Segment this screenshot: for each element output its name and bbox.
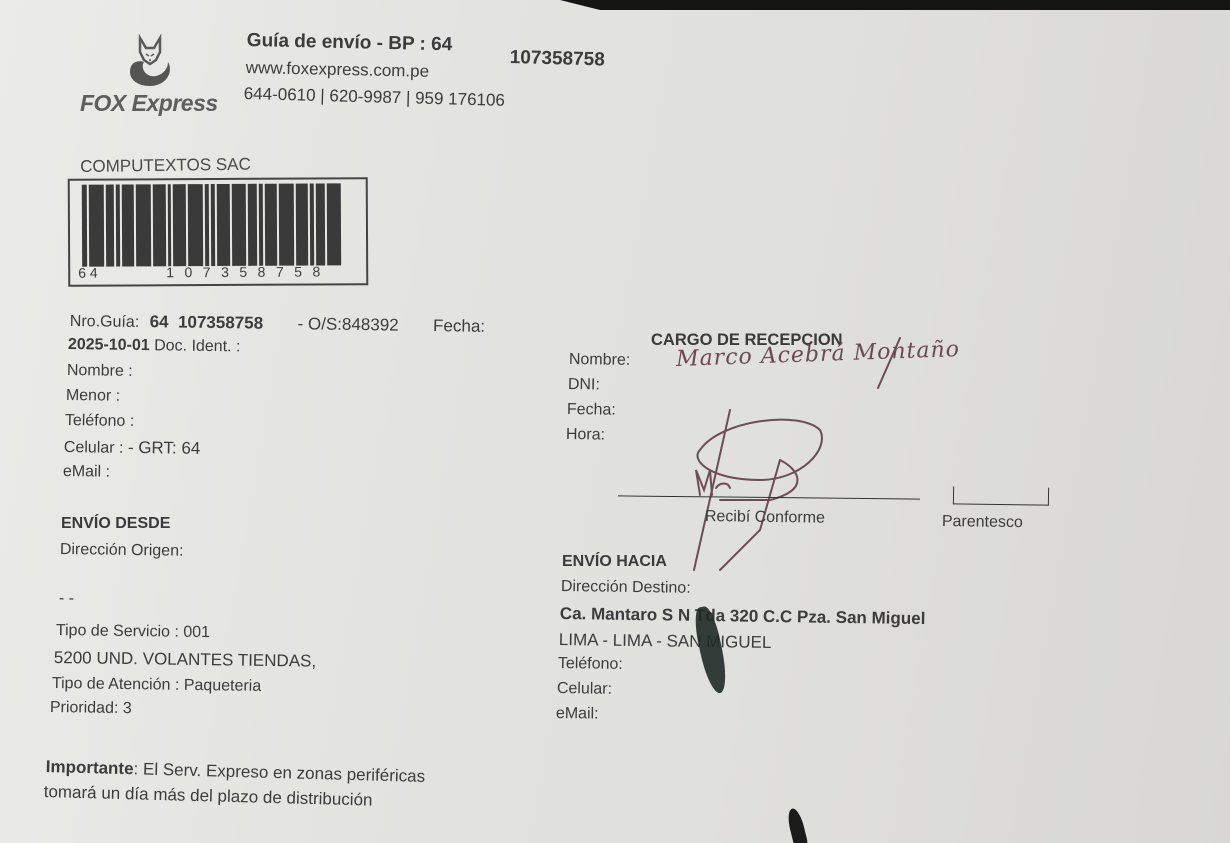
barcode-prefix: 6 4 [78,265,98,281]
importante-label: Importante [46,757,134,778]
barcode-bar [116,185,120,267]
tipo-atencion: Tipo de Atención : Paqueteria [52,675,262,696]
barcode: 6 4 107358758 [68,177,369,287]
barcode-bar [248,184,257,266]
descripcion-envio: 5200 UND. VOLANTES TIENDAS, [54,648,317,672]
telefono-label: Teléfono : [65,412,135,431]
background-dark-edge [560,0,1230,11]
importante-text-1: : El Serv. Expreso en zonas periféricas [133,759,425,786]
signature-scribble [600,320,1020,580]
direccion-origen-label: Dirección Origen: [60,541,184,561]
nro-guia-row: Nro.Guía: 64 107358758 - O/S:848392 Fech… [70,311,486,337]
barcode-bar [122,184,135,266]
brand-name: FOX Express [80,90,218,117]
barcode-bar [326,183,341,265]
phone-numbers: 644-0610 | 620-9987 | 959 176106 [243,84,505,111]
barcode-bar [316,183,325,265]
celular-label: Celular : [64,439,124,457]
barcode-bar [136,184,151,266]
barcode-bar [106,185,115,267]
barcode-bar [187,184,202,266]
fox-logo-icon [120,32,180,92]
shipping-guide-paper: FOX Express Guía de envío - BP : 64 1073… [0,0,1230,843]
barcode-number: 107358758 [166,263,331,280]
fecha-label: Fecha: [433,316,485,336]
barcode-bar [279,184,294,266]
barcode-bar [204,184,209,266]
direccion-destino-value: Ca. Mantaro S N Tda 320 C.C Pza. San Mig… [560,604,926,629]
barcode-bar [296,184,309,266]
guide-title: Guía de envío - BP : 64 [247,30,453,56]
parentesco-field [953,486,1049,505]
destino-email-label: eMail: [556,705,599,724]
destino-celular-label: Celular: [557,680,612,699]
fecha-value: 2025-10-01 [68,336,150,354]
importante-line-1: Importante: El Serv. Expreso en zonas pe… [45,757,425,787]
menor-label: Menor : [66,387,120,406]
tipo-servicio: Tipo de Servicio : 001 [56,622,210,642]
dni-label: DNI: [568,376,600,394]
direccion-destino-label: Dirección Destino: [561,578,691,598]
doc-ident-label: Doc. Ident. : [154,337,240,355]
direccion-origen-value: - - [59,590,74,608]
barcode-bar [82,185,87,267]
guide-number: 107358758 [509,47,605,71]
barcode-bar [264,184,277,266]
recibi-conforme-caption: Recibí Conforme [705,508,825,528]
barcode-bar [173,184,186,266]
celular-value: - GRT: 64 [128,438,201,458]
prioridad: Prioridad: 3 [50,699,132,718]
fecha-doc-row: 2025-10-01 Doc. Ident. : [68,336,241,356]
nro-guia-value: 64 107358758 [150,312,264,333]
email-label: eMail : [63,463,110,482]
nro-guia-label: Nro.Guía: [70,313,140,331]
barcode-bar [211,184,215,266]
barcode-bar [231,184,246,266]
barcode-bars [82,183,354,266]
barcode-bar [153,184,166,266]
destino-telefono-label: Teléfono: [558,655,623,674]
ink-mark [785,807,808,843]
os-number: - O/S:848392 [297,314,398,334]
parentesco-caption: Parentesco [942,513,1023,532]
barcode-bar [89,185,104,267]
ubicacion-destino: LIMA - LIMA - SAN MIGUEL [559,630,772,653]
celular-row: Celular : - GRT: 64 [64,437,201,459]
nombre-label: Nombre : [67,362,133,381]
sender-company: COMPUTEXTOS SAC [80,155,251,177]
barcode-bar [167,184,171,266]
barcode-bar [217,184,230,266]
envio-hacia-title: ENVÍO HACIA [562,553,667,571]
barcode-bar [310,183,314,265]
importante-line-2: tomará un día más del plazo de distribuc… [43,782,372,811]
envio-desde-title: ENVÍO DESDE [61,515,170,533]
barcode-bar [259,184,263,266]
website: www.foxexpress.com.pe [246,58,430,82]
